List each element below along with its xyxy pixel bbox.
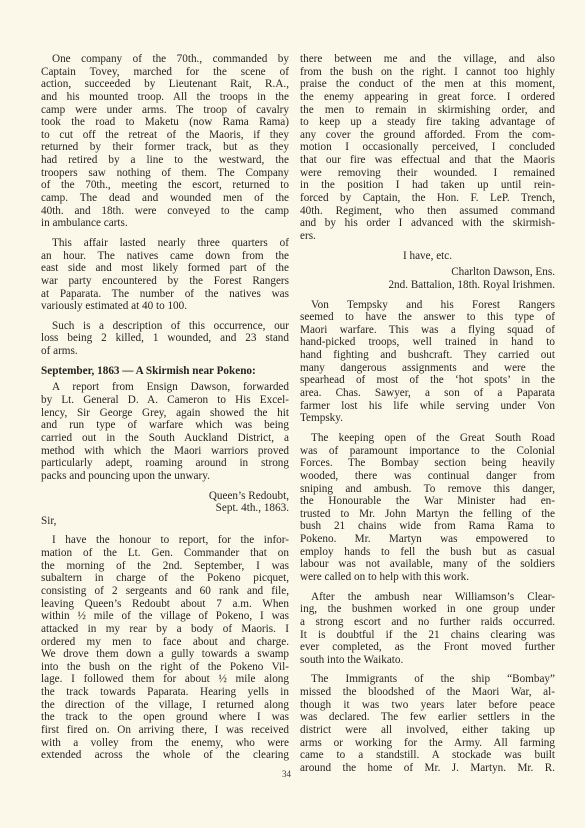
signature-line: Charlton Dawson, Ens. [300, 266, 555, 279]
section-heading: September, 1863 — A Skirmish near Pokeno… [41, 365, 289, 378]
signature-line: 2nd. Battalion, 18th. Royal Irishmen. [300, 279, 555, 292]
text-line: the men to remain in skirmishing order, … [300, 104, 555, 117]
text-line: motion I occasionally perceived, I concl… [300, 141, 555, 154]
text-line: a strong escort and no further raids occ… [300, 616, 555, 629]
closing-block: I have, etc. [300, 250, 555, 263]
text-line: many dangerous assignments and were the [300, 362, 555, 375]
text-line: the track to the open ground where I was [41, 711, 289, 724]
text-line: camp were under arms. The troop of caval… [41, 104, 289, 117]
text-line: ever completed, as the Front moved furth… [300, 641, 555, 654]
signature-block: Charlton Dawson, Ens.2nd. Battalion, 18t… [300, 266, 555, 291]
para-block: One company of the 70th., commanded byCa… [41, 53, 289, 230]
text-line: and by his order I advanced with the ski… [300, 217, 555, 230]
text-line: came to a standstill. A stockade was bui… [300, 749, 555, 762]
salutation-block: Sir, [41, 515, 289, 528]
text-line: was declared. The few earlier settlers i… [300, 711, 555, 724]
address-line: Queen’s Redoubt, [41, 490, 289, 503]
text-line: the direction of the village, I returned… [41, 699, 289, 712]
para-block: The keeping open of the Great South Road… [300, 432, 555, 584]
text-line: first fired on. On arriving there, I was… [41, 724, 289, 737]
text-line: there between me and the village, and al… [300, 53, 555, 66]
text-line: The Immigrants of the ship “Bombay” [300, 673, 555, 686]
text-line: any cover the ground afforded. From the … [300, 129, 555, 142]
text-line: mation of the Lt. Gen. Commander that on [41, 547, 289, 560]
text-line: seemed to have the answer to this type o… [300, 311, 555, 324]
text-line: praise the conduct of the men at this mo… [300, 78, 555, 91]
text-line: subaltern in charge of the Pokeno picque… [41, 572, 289, 585]
text-line: We drove them down a gully towards a swa… [41, 648, 289, 661]
text-line: extended across the whole of the clearin… [41, 749, 289, 762]
text-line: hand-picked troops, well trained in hand… [300, 336, 555, 349]
text-line: labour was not available, many of the so… [300, 558, 555, 571]
text-line: the enemy appearing in great force. I or… [300, 91, 555, 104]
text-line: ing, the bushmen worked in one group und… [300, 603, 555, 616]
paragraph-gap [41, 313, 289, 320]
text-line: was of paramount importance to the Colon… [300, 445, 555, 458]
text-line: 40th. and 18th. were conveyed to the cam… [41, 205, 289, 218]
text-line: It is doubtful if the 21 chains clearing… [300, 629, 555, 642]
paragraph-gap [300, 243, 555, 250]
text-line: took the road to Maketu (now Rama Rama) [41, 116, 289, 129]
text-line: After the ambush near Williamson’s Clear… [300, 591, 555, 604]
text-line: ordered my men to face about and charge. [41, 636, 289, 649]
text-line: packs and pouncing upon the unwary. [41, 470, 289, 483]
text-line: in the position I had taken up until rei… [300, 179, 555, 192]
text-line: around the home of Mr. J. Martyn. Mr. R. [300, 762, 555, 775]
text-line: variously estimated at 40 to 100. [41, 300, 289, 313]
paragraph-gap [41, 483, 289, 490]
para-block: The Immigrants of the ship “Bombay”misse… [300, 673, 555, 774]
paragraph-gap [41, 527, 289, 534]
text-line: lency, Sir George Grey, again showed the… [41, 407, 289, 420]
text-line: war party encountered by the Forest Rang… [41, 275, 289, 288]
para-block: After the ambush near Williamson’s Clear… [300, 591, 555, 667]
text-line: returned by their former track, but as t… [41, 141, 289, 154]
text-line: The keeping open of the Great South Road [300, 432, 555, 445]
text-line: carried out in the South Auckland Distri… [41, 432, 289, 445]
text-line: camp. The dead and wounded men of the [41, 192, 289, 205]
text-line: with a volley from the enemy, who were [41, 737, 289, 750]
text-line: leaving Queen’s Redoubt about 7 a.m. Whe… [41, 598, 289, 611]
text-line: attacked in my rear by a body of Maoris.… [41, 623, 289, 636]
text-line: were removing their wounded. I remained [300, 167, 555, 180]
text-line: to keep up a steady fire taking advantag… [300, 116, 555, 129]
text-line: forced by Captain, the Hon. F. LeP. Tren… [300, 192, 555, 205]
text-line: troopers saw nothing of them. The Compan… [41, 167, 289, 180]
text-line: the Honourable the War Minister had en- [300, 495, 555, 508]
paragraph-gap [41, 358, 289, 365]
text-line: Forces. The Bombay section being heavily [300, 457, 555, 470]
text-line: south into the Waikato. [300, 654, 555, 667]
para-block: Such is a description of this occurrence… [41, 320, 289, 358]
text-line: consisting of 2 sergeants and 60 rank an… [41, 585, 289, 598]
text-line: Maori warfare. This was a flying squad o… [300, 324, 555, 337]
text-line: method with which the Maori warriors pro… [41, 445, 289, 458]
text-line: trusted to Mr. John Martyn the felling o… [300, 508, 555, 521]
text-line: Pokeno. Mr. Martyn was empowered to [300, 533, 555, 546]
para-block: A report from Ensign Dawson, forwardedby… [41, 381, 289, 482]
text-line: bush 21 chains wide from Rama Rama to [300, 520, 555, 533]
paragraph-gap [41, 230, 289, 237]
heading-text: September, 1863 — A Skirmish near Pokeno… [41, 365, 289, 378]
text-line: This affair lasted nearly three quarters… [41, 237, 289, 250]
text-line: farmer lost his life while serving under… [300, 400, 555, 413]
text-line: area. Chas. Sawyer, a son of a Paparata [300, 387, 555, 400]
text-line: particularly adept, roaming around in st… [41, 457, 289, 470]
address-line: Sept. 4th., 1863. [41, 502, 289, 515]
closing-text: I have, etc. [300, 250, 555, 263]
para-block: This affair lasted nearly three quarters… [41, 237, 289, 313]
text-line: district were all involved, either takin… [300, 724, 555, 737]
salutation-text: Sir, [41, 515, 289, 528]
text-line: that our fire was effectual and that the… [300, 154, 555, 167]
text-line: 40th. Regiment, who then assumed command [300, 205, 555, 218]
paragraph-gap [300, 425, 555, 432]
text-line: and run type of warfare which was being [41, 419, 289, 432]
text-line: the track towards Paparata. Hearing yell… [41, 686, 289, 699]
text-line: within ½ mile of the village of Pokeno, … [41, 610, 289, 623]
text-line: loss being 2 killed, 1 wounded, and 23 s… [41, 332, 289, 345]
text-line: had retired by a line to the westward, t… [41, 154, 289, 167]
text-line: from the bush on the right. I cannot too… [300, 66, 555, 79]
text-line: spearhead of most of the ‘hot spots’ in … [300, 374, 555, 387]
text-line: the morning of the 2nd. September, I was [41, 560, 289, 573]
text-line: and his mounted troop. All the troops in… [41, 91, 289, 104]
paragraph-gap [300, 666, 555, 673]
text-line: by Lt. General D. A. Cameron to His Exce… [41, 394, 289, 407]
para-block: Von Tempsky and his Forest Rangersseemed… [300, 299, 555, 425]
text-line: were called on to help with this work. [300, 571, 555, 584]
text-line: arms or working for the Army. All farmin… [300, 737, 555, 750]
page-number: 34 [282, 769, 291, 779]
text-line: to cut off the retreat of the Maoris, if… [41, 129, 289, 142]
para-block: there between me and the village, and al… [300, 53, 555, 243]
text-line: wooded, there was continual danger from [300, 470, 555, 483]
text-line: lage. I followed them for about ½ mile a… [41, 673, 289, 686]
text-line: of the 70th., meeting the escort, return… [41, 179, 289, 192]
text-line: at Paparata. The number of the natives w… [41, 288, 289, 301]
text-line: though it was two years later before pea… [300, 699, 555, 712]
text-line: action, succeeded by Lieutenant Rait, R.… [41, 78, 289, 91]
text-line: Captain Tovey, marched for the scene of [41, 66, 289, 79]
text-line: east side and most likely formed part of… [41, 262, 289, 275]
text-line: One company of the 70th., commanded by [41, 53, 289, 66]
left-column: One company of the 70th., commanded byCa… [41, 53, 289, 762]
text-line: in ambulance carts. [41, 217, 289, 230]
text-line: an hour. The natives came down from the [41, 250, 289, 263]
paragraph-gap [300, 292, 555, 299]
text-line: missed the bloodshed of the Maori War, a… [300, 686, 555, 699]
para-block: I have the honour to report, for the inf… [41, 534, 289, 762]
text-line: I have the honour to report, for the inf… [41, 534, 289, 547]
text-line: Tempsky. [300, 412, 555, 425]
paragraph-gap [300, 584, 555, 591]
text-line: Such is a description of this occurrence… [41, 320, 289, 333]
text-line: Von Tempsky and his Forest Rangers [300, 299, 555, 312]
text-line: ers. [300, 230, 555, 243]
address-block: Queen’s Redoubt,Sept. 4th., 1863. [41, 490, 289, 515]
text-line: employ hands to fell the bush but as cas… [300, 546, 555, 559]
right-column: there between me and the village, and al… [300, 53, 555, 775]
text-line: A report from Ensign Dawson, forwarded [41, 381, 289, 394]
text-line: sniping and ambush. To remove this dange… [300, 483, 555, 496]
text-line: of arms. [41, 345, 289, 358]
text-line: into the bush on the right of the Pokeno… [41, 661, 289, 674]
text-line: hand fighting and bushcraft. They carrie… [300, 349, 555, 362]
